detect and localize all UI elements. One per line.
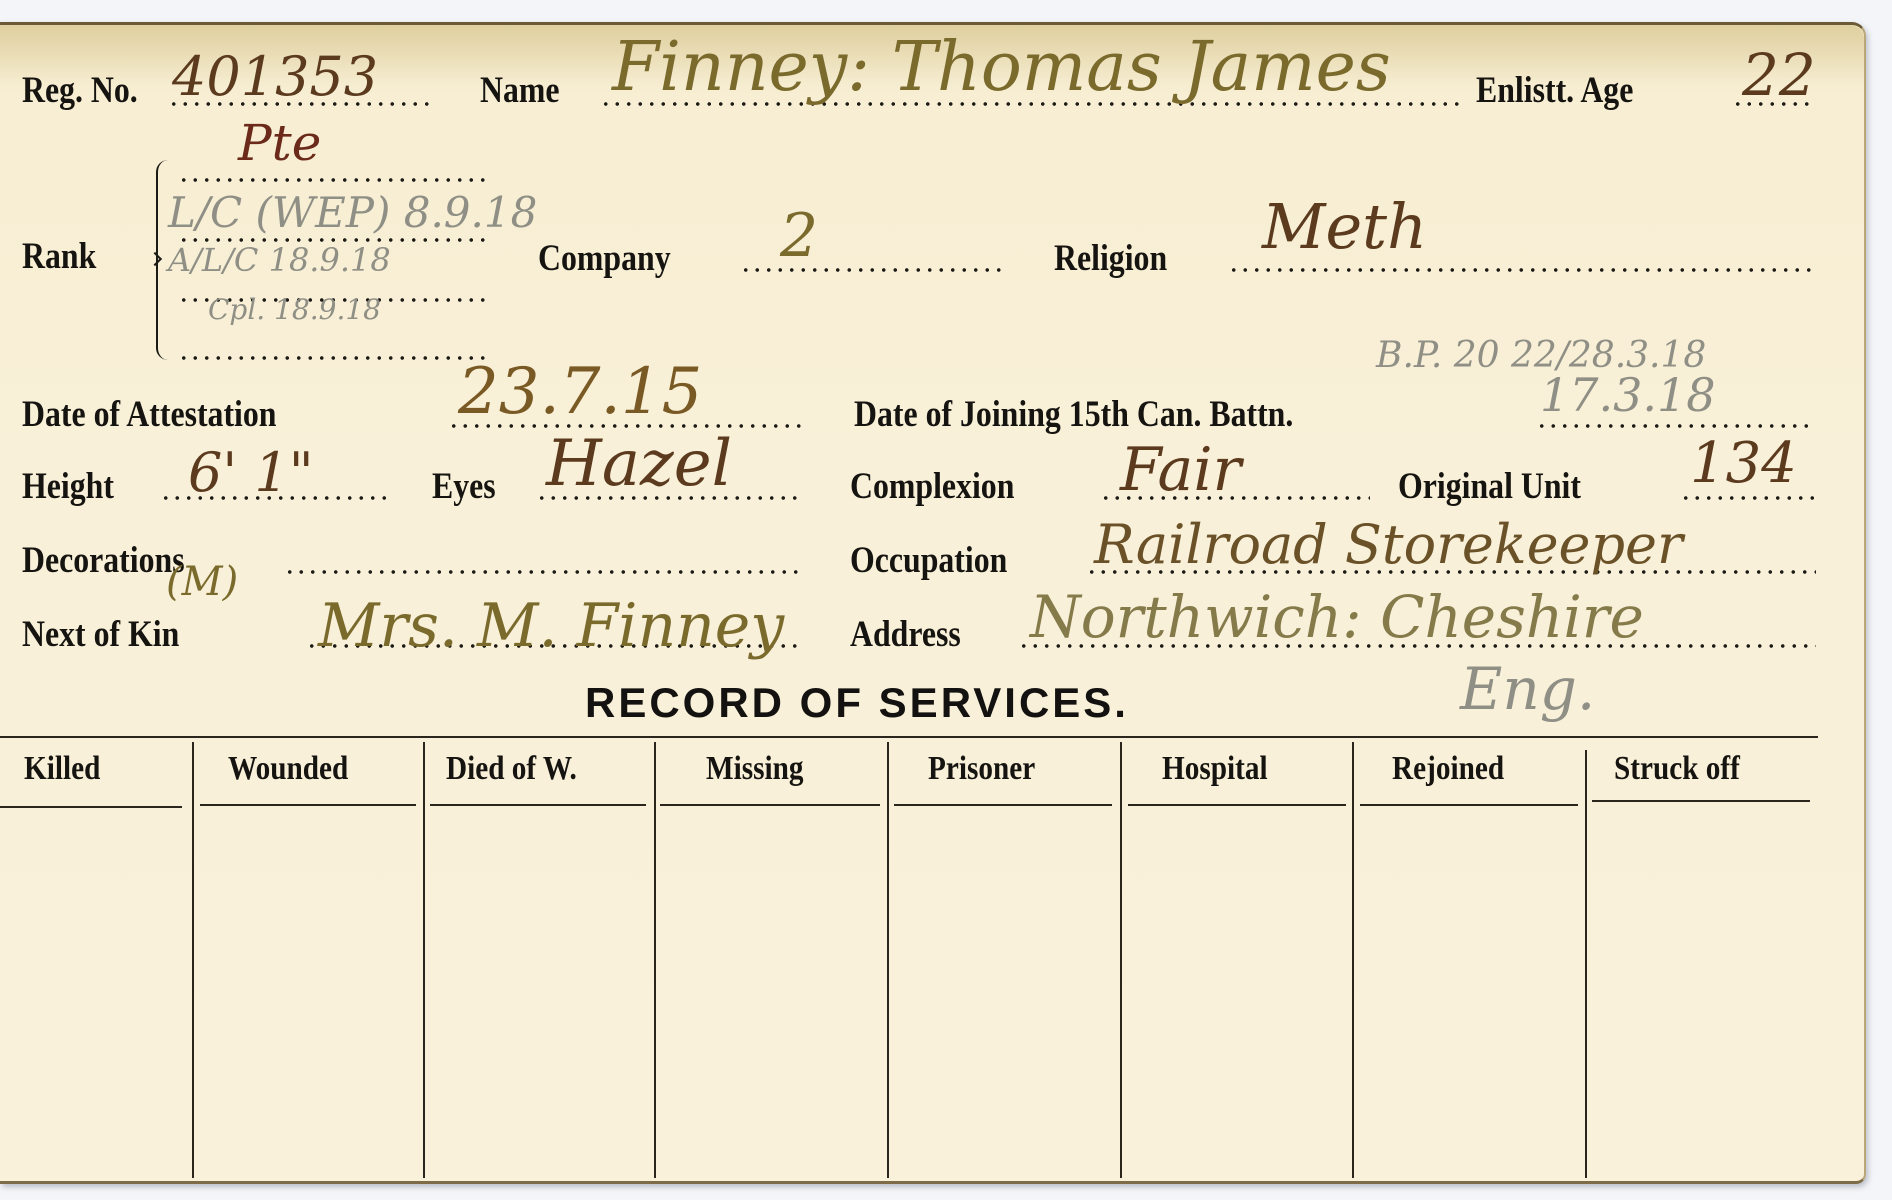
original-unit-line [1680, 496, 1816, 500]
reg-no-value: 401353 [172, 50, 378, 104]
column-header-struck-off: Struck off [1614, 752, 1740, 786]
header-underline [660, 804, 880, 806]
column-header-rejoined: Rejoined [1392, 752, 1504, 786]
column-header-wounded: Wounded [228, 752, 348, 786]
joining-label: Date of Joining 15th Can. Battn. [854, 396, 1293, 433]
address-value-line2: Eng. [1460, 660, 1595, 718]
eyes-value: Hazel [546, 432, 732, 496]
address-value: Northwich: Cheshire [1030, 588, 1644, 646]
height-label: Height [22, 468, 114, 505]
column-divider [654, 742, 656, 1178]
header-underline [200, 804, 416, 806]
religion-label: Religion [1054, 240, 1167, 277]
religion-value: Meth [1262, 196, 1427, 258]
rank-entry-2: A/L/C 18.9.18 [168, 244, 391, 276]
rank-line-1 [178, 178, 488, 182]
height-value: 6' 1" [188, 446, 314, 500]
eyes-label: Eyes [432, 468, 496, 505]
company-value: 2 [780, 206, 818, 266]
record-of-services-title: RECORD OF SERVICES. [585, 679, 1129, 727]
header-underline [1360, 804, 1578, 806]
table-top-rule [0, 736, 1818, 738]
rank-value-pte: Pte [238, 118, 321, 168]
religion-line [1228, 268, 1818, 272]
column-header-prisoner: Prisoner [928, 752, 1035, 786]
joining-line [1536, 424, 1816, 428]
column-header-died-of-wounds: Died of W. [446, 752, 577, 786]
joining-value: 17.3.18 [1540, 372, 1716, 418]
column-header-killed: Killed [24, 752, 100, 786]
complexion-label: Complexion [850, 468, 1014, 505]
name-label: Name [480, 72, 560, 109]
address-label: Address [850, 616, 961, 653]
joining-annotation: B.P. 20 22/28.3.18 [1376, 338, 1706, 374]
column-header-missing: Missing [706, 752, 803, 786]
header-underline [0, 806, 182, 808]
column-divider [1585, 750, 1587, 1178]
name-value: Finney: Thomas James [612, 34, 1391, 102]
header-underline [1128, 804, 1346, 806]
rank-label: Rank [22, 238, 96, 275]
original-unit-value: 134 [1690, 436, 1797, 492]
attestation-label: Date of Attestation [22, 396, 277, 433]
column-divider [192, 742, 194, 1178]
column-header-hospital: Hospital [1162, 752, 1268, 786]
occupation-value: Railroad Storekeeper [1094, 518, 1683, 572]
next-of-kin-label: Next of Kin [22, 616, 179, 653]
next-of-kin-value: Mrs. M. Finney [318, 596, 784, 656]
enlist-age-label: Enlistt. Age [1476, 72, 1633, 109]
enlist-age-value: 22 [1742, 46, 1816, 104]
column-divider [887, 742, 889, 1178]
column-divider [1352, 742, 1354, 1178]
occupation-label: Occupation [850, 542, 1007, 579]
header-underline [430, 804, 646, 806]
header-underline [894, 804, 1112, 806]
decorations-label: Decorations [22, 542, 185, 579]
attestation-value: 23.7.15 [458, 360, 702, 424]
column-divider [423, 742, 425, 1178]
header-underline [1592, 800, 1810, 802]
rank-entry-3: Cpl. 18.9.18 [208, 296, 381, 324]
company-label: Company [538, 240, 671, 277]
complexion-value: Fair [1120, 440, 1241, 500]
decorations-line [284, 570, 802, 574]
column-divider [1120, 742, 1122, 1178]
original-unit-label: Original Unit [1398, 468, 1581, 505]
rank-entry-1: L/C (WEP) 8.9.18 [168, 192, 537, 234]
reg-no-label: Reg. No. [22, 72, 138, 109]
next-of-kin-prefix: (M) [166, 562, 238, 602]
rank-line-4 [178, 356, 488, 360]
